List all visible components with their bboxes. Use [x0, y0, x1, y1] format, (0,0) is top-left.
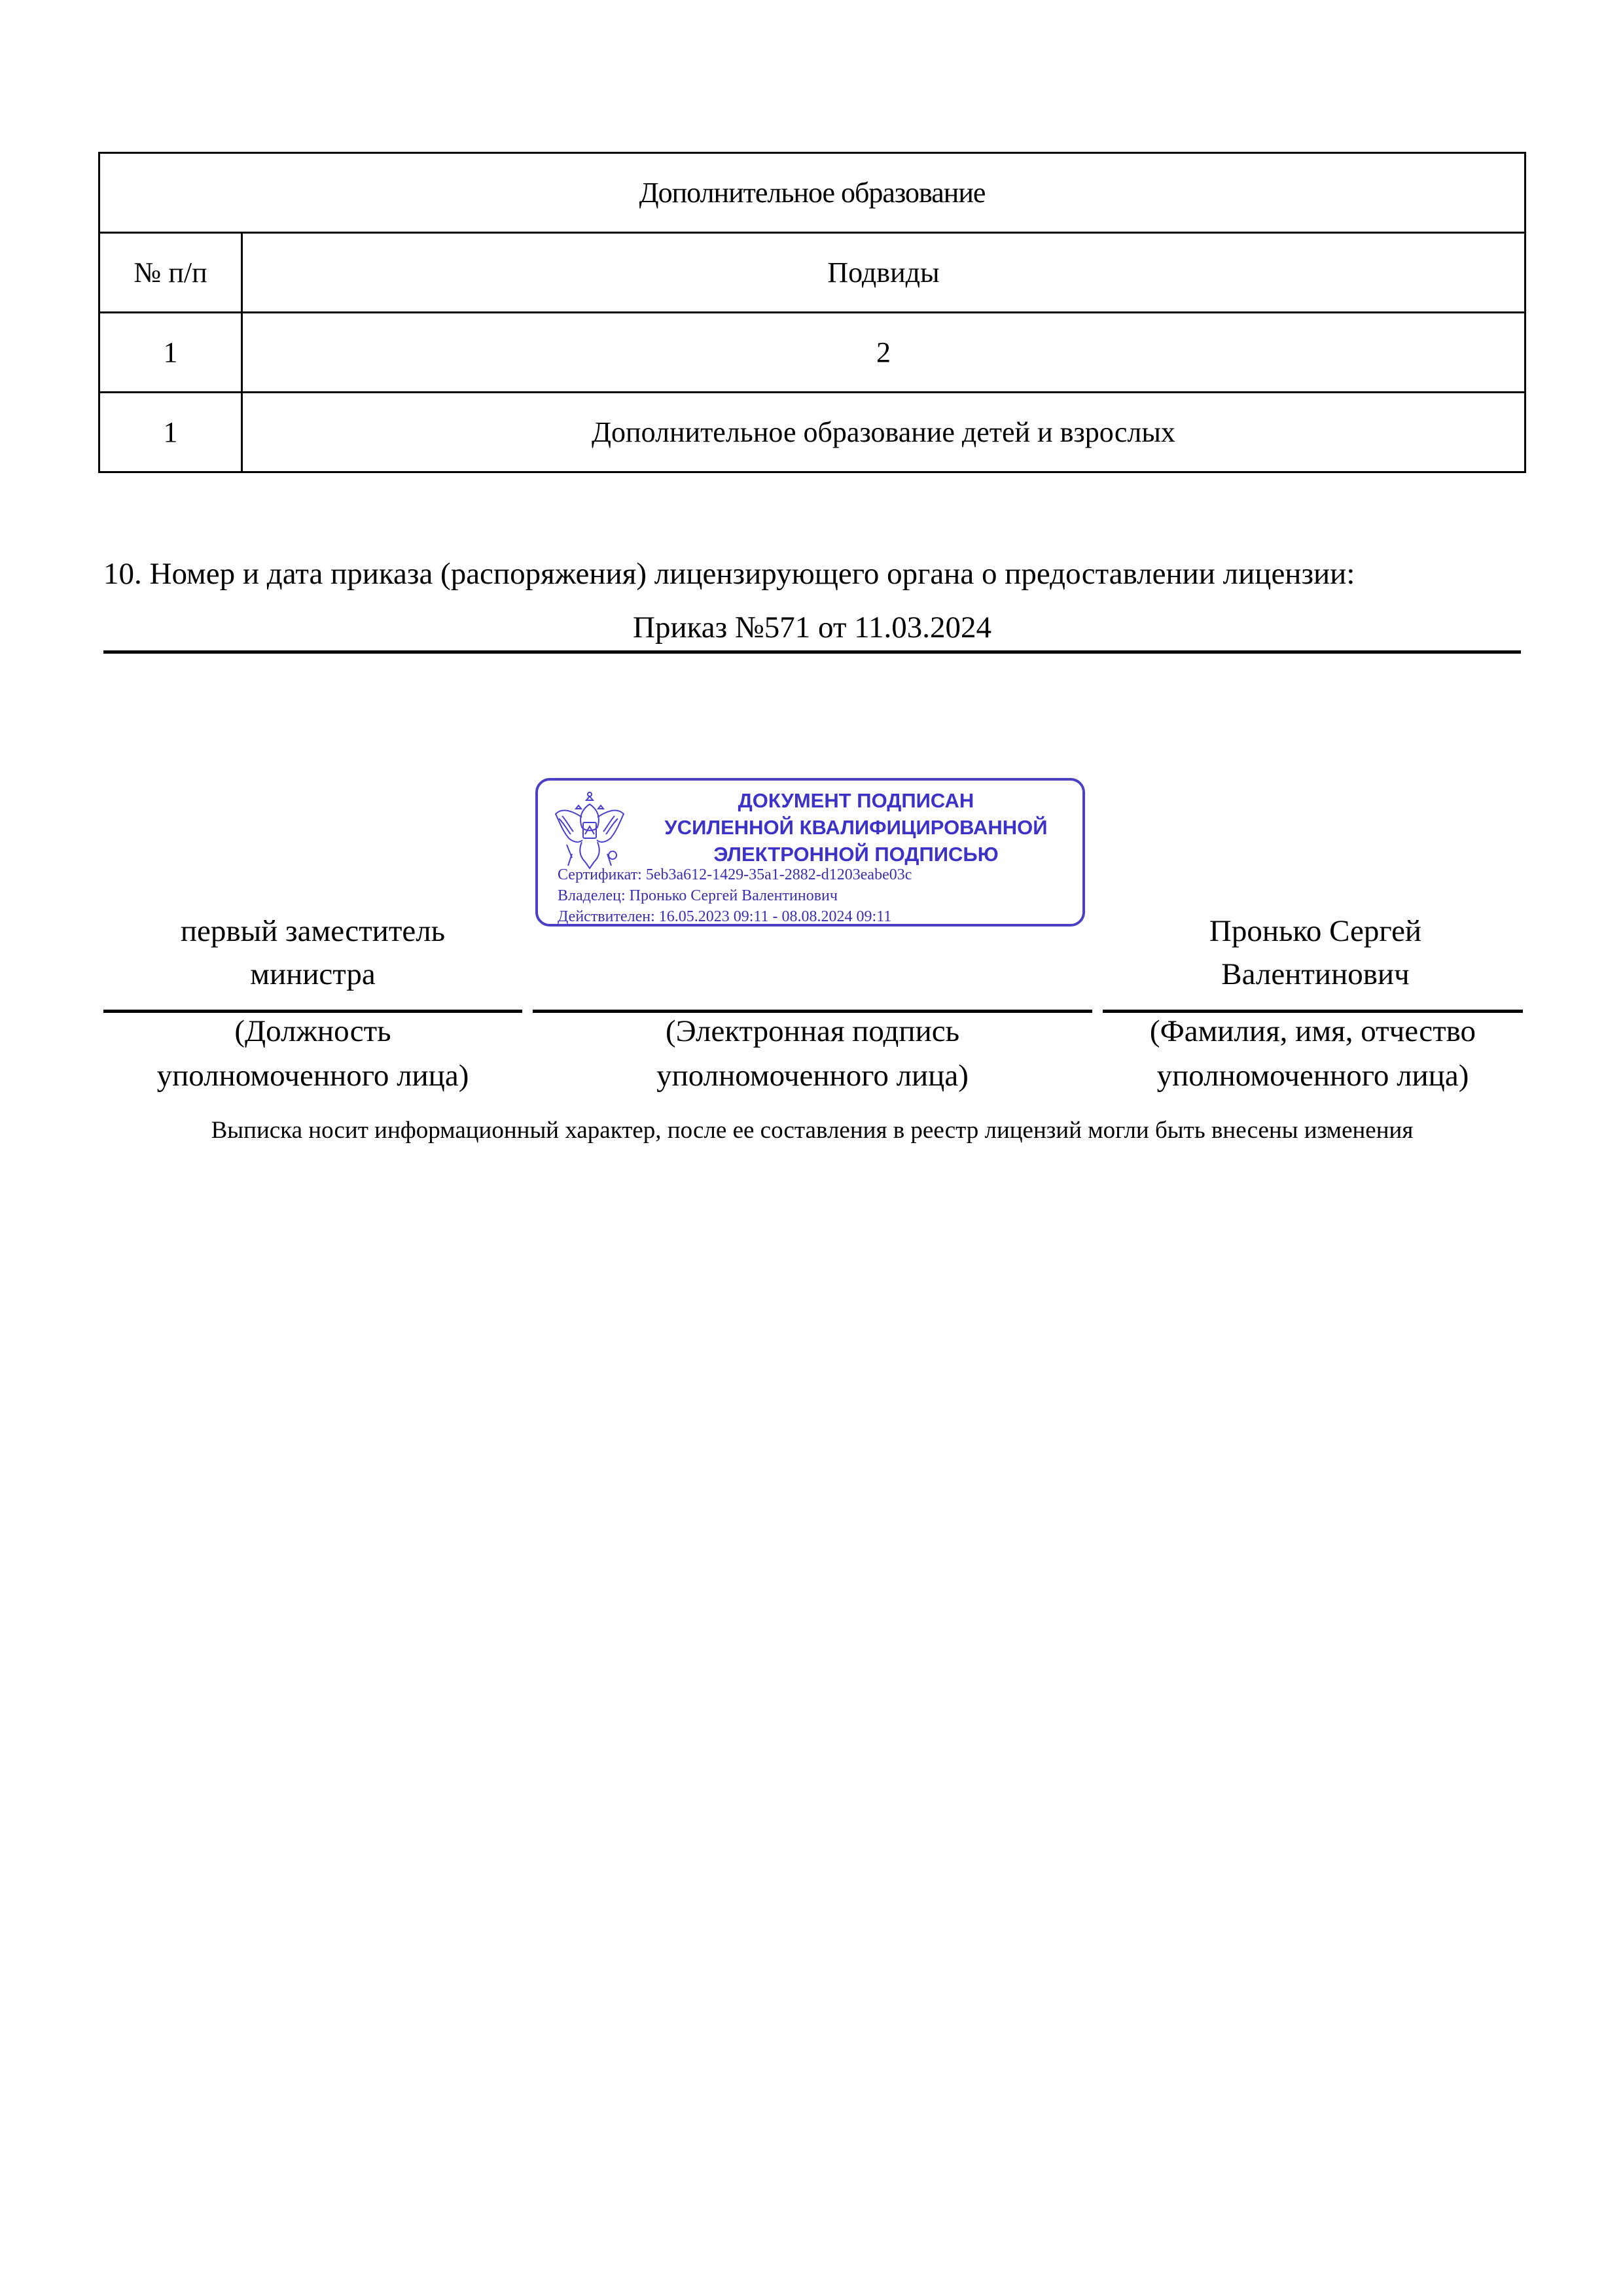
- order-underline: [103, 650, 1521, 654]
- caption-line: уполномоченного лица): [1103, 1053, 1523, 1098]
- header-num: № п/п: [99, 233, 242, 313]
- row-subtype: Дополнительное образование детей и взрос…: [242, 393, 1525, 472]
- stamp-details: Сертификат: 5eb3a612-1429-35a1-2882-d120…: [558, 864, 912, 927]
- name-caption: (Фамилия, имя, отчество уполномоченного …: [1103, 1009, 1523, 1098]
- signatory-position: первый заместитель министра: [103, 910, 522, 996]
- stamp-heading-line: ЭЛЕКТРОННОЙ ПОДПИСЬЮ: [636, 841, 1076, 868]
- additional-education-table: Дополнительное образование № п/п Подвиды…: [98, 152, 1526, 473]
- stamp-heading: ДОКУМЕНТ ПОДПИСАН УСИЛЕННОЙ КВАЛИФИЦИРОВ…: [636, 787, 1076, 868]
- signatory-position-line: первый заместитель: [103, 910, 522, 953]
- signatory-position-line: министра: [103, 953, 522, 996]
- row-num: 1: [99, 393, 242, 472]
- electronic-signature-stamp: ДОКУМЕНТ ПОДПИСАН УСИЛЕННОЙ КВАЛИФИЦИРОВ…: [535, 778, 1085, 927]
- caption-line: (Электронная подпись: [533, 1009, 1092, 1053]
- document-page: Дополнительное образование № п/п Подвиды…: [0, 0, 1623, 2296]
- caption-line: уполномоченного лица): [533, 1053, 1092, 1098]
- order-value: Приказ №571 от 11.03.2024: [103, 610, 1521, 645]
- column-index-num: 1: [99, 313, 242, 393]
- signatory-name: Пронько Сергей Валентинович: [1106, 910, 1525, 996]
- caption-line: (Должность: [103, 1009, 522, 1053]
- column-index-subtypes: 2: [242, 313, 1525, 393]
- table-title: Дополнительное образование: [99, 153, 1525, 233]
- table-row: 1 Дополнительное образование детей и взр…: [99, 393, 1525, 472]
- stamp-certificate: Сертификат: 5eb3a612-1429-35a1-2882-d120…: [558, 864, 912, 885]
- header-subtypes: Подвиды: [242, 233, 1525, 313]
- caption-line: уполномоченного лица): [103, 1053, 522, 1098]
- signature-caption: (Электронная подпись уполномоченного лиц…: [533, 1009, 1092, 1098]
- position-caption: (Должность уполномоченного лица): [103, 1009, 522, 1098]
- signatory-name-line: Пронько Сергей: [1106, 910, 1525, 953]
- section-10-label: 10. Номер и дата приказа (распоряжения) …: [103, 556, 1355, 592]
- table-column-index-row: 1 2: [99, 313, 1525, 393]
- stamp-heading-line: ДОКУМЕНТ ПОДПИСАН: [636, 787, 1076, 814]
- stamp-heading-line: УСИЛЕННОЙ КВАЛИФИЦИРОВАННОЙ: [636, 814, 1076, 841]
- table-header-row: № п/п Подвиды: [99, 233, 1525, 313]
- russian-coat-of-arms-icon: [552, 791, 628, 873]
- signatory-name-line: Валентинович: [1106, 953, 1525, 996]
- stamp-owner: Владелец: Пронько Сергей Валентинович: [558, 885, 912, 906]
- caption-line: (Фамилия, имя, отчество: [1103, 1009, 1523, 1053]
- table-title-row: Дополнительное образование: [99, 153, 1525, 233]
- disclaimer-footnote: Выписка носит информационный характер, п…: [98, 1116, 1526, 1144]
- stamp-validity: Действителен: 16.05.2023 09:11 - 08.08.2…: [558, 906, 912, 927]
